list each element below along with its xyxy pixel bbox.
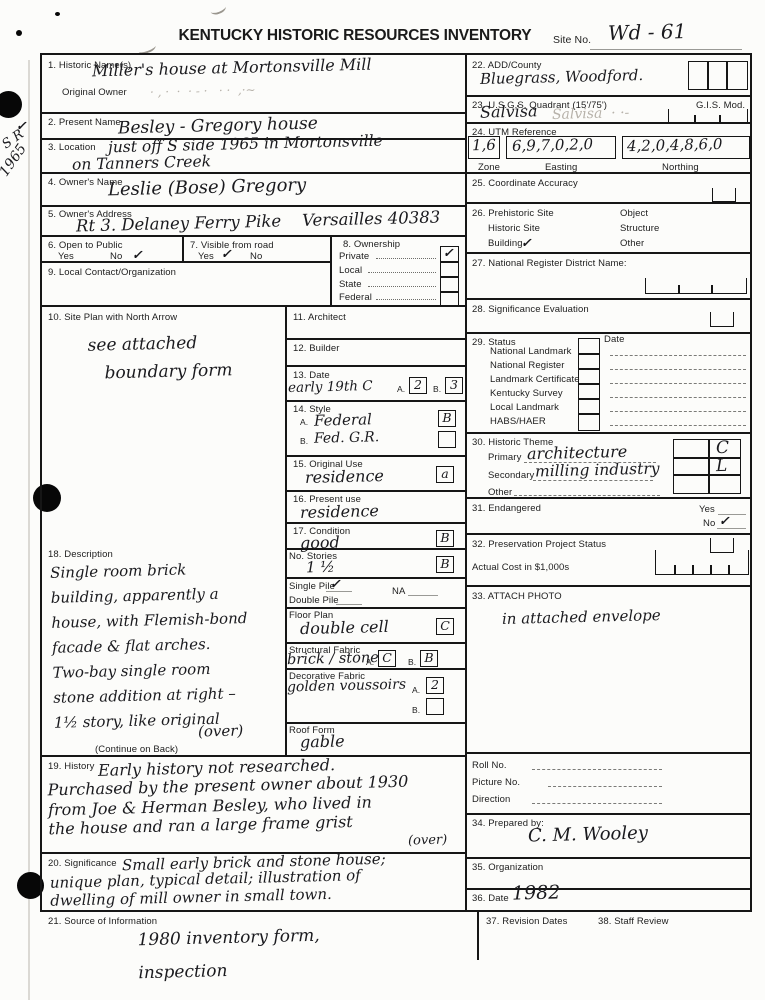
row-line — [465, 585, 752, 587]
structural-a-label: A. — [366, 657, 374, 667]
picture-no-label: Picture No. — [472, 777, 520, 788]
row-line — [465, 752, 752, 754]
secondary-theme-code: L — [716, 456, 728, 478]
field1-value: Miller's house at Mortonsville Mill — [92, 55, 372, 82]
tick — [719, 115, 721, 122]
field7-label: 7. Visible from road — [190, 240, 274, 251]
actual-cost-cellbox — [655, 550, 749, 575]
field18-over-note: (over) — [198, 721, 244, 741]
ownership-federal-label: Federal — [339, 292, 372, 303]
date-line — [610, 425, 746, 426]
field6-no-check: ✓ — [132, 247, 142, 262]
hole-punch — [33, 484, 61, 512]
row-line — [40, 910, 752, 912]
field19-value: Purchased by the present owner about 193… — [47, 772, 409, 839]
row-line — [285, 522, 465, 524]
utm-easting-value: 6,9,7,0,2,0 — [512, 135, 594, 156]
secondary-theme-value: milling industry — [535, 459, 660, 481]
structural-b-label: B. — [408, 657, 416, 667]
field20-label: 20. Significance — [48, 858, 117, 869]
row-line — [465, 857, 752, 859]
site-no-line — [590, 49, 742, 50]
row-line — [285, 668, 465, 670]
direction-label: Direction — [472, 794, 510, 805]
field25-codebox — [712, 188, 736, 202]
field27-cellbox — [645, 278, 747, 294]
field18-label: 18. Description — [48, 549, 113, 560]
floor-plan-value: double cell — [300, 617, 389, 639]
row-line — [285, 338, 465, 340]
dotted-leader — [368, 286, 436, 287]
field10-value: see attached boundary form — [87, 328, 232, 388]
row-line — [465, 172, 752, 174]
cell-line — [674, 474, 740, 476]
ownership-local-label: Local — [339, 265, 362, 276]
cell-line — [579, 383, 599, 385]
field23-value: Salvisa — [480, 101, 538, 122]
status-checkbox-column — [578, 338, 600, 431]
row-line — [285, 722, 465, 724]
status-item-label: Landmark Certificate — [490, 374, 580, 385]
field38-label: 38. Staff Review — [598, 916, 669, 927]
decorative-b-label: B. — [412, 705, 420, 715]
na-label: NA — [392, 586, 405, 597]
date-line — [610, 411, 746, 412]
theme-code-grid — [673, 439, 741, 494]
decorative-a-codebox: 2 — [426, 677, 444, 694]
field11-label: 11. Architect — [293, 312, 346, 323]
row-line — [285, 642, 465, 644]
utm-zone-value: 1,6 — [472, 136, 496, 155]
status-item-label: Kentucky Survey — [490, 388, 563, 399]
column-divider — [465, 53, 467, 910]
row-line — [465, 95, 752, 97]
cell-line — [708, 440, 710, 493]
field26-label: 26. Prehistoric Site — [472, 208, 554, 219]
field12-label: 12. Builder — [293, 343, 340, 354]
status-item-label: HABS/HAER — [490, 416, 546, 427]
field25-label: 25. Coordinate Accuracy — [472, 178, 578, 189]
field20-value: unique plan, typical detail; illustratio… — [50, 866, 362, 910]
blank-line — [336, 604, 362, 605]
row-line — [285, 577, 465, 579]
date-column-label: Date — [604, 334, 624, 345]
ownership-private-check: ✓ — [443, 245, 453, 260]
field16-value: residence — [300, 501, 379, 523]
field8-label: 8. Ownership — [343, 239, 400, 250]
blank-line — [408, 595, 438, 596]
dotted-leader — [376, 299, 436, 300]
field14-a-value: Federal — [314, 410, 372, 430]
field14-a-codebox: B — [438, 410, 456, 427]
row-line — [465, 252, 752, 254]
field13-a-label: A. — [397, 384, 405, 394]
field14-b-codebox — [438, 431, 456, 448]
roof-form-value: gable — [300, 731, 345, 752]
blank-line — [326, 591, 352, 592]
hole-punch — [0, 91, 22, 118]
row-line — [465, 497, 752, 499]
double-pile-label: Double Pile — [289, 595, 339, 606]
row-line — [40, 261, 330, 263]
object-label: Object — [620, 208, 648, 219]
field14-a-label: A. — [300, 417, 308, 427]
tick — [692, 565, 694, 574]
ownership-state-label: State — [339, 279, 362, 290]
row-line — [465, 122, 752, 124]
field7-yes-check: ✓ — [221, 246, 231, 261]
row-line — [465, 298, 752, 300]
continue-on-back-note: (Continue on Back) — [95, 744, 178, 755]
decorative-fabric-value: golden voussoirs — [287, 677, 406, 697]
blank-line — [717, 528, 746, 529]
form-title: KENTUCKY HISTORIC RESOURCES INVENTORY — [115, 27, 595, 45]
primary-theme-label: Primary — [488, 452, 521, 463]
endangered-no-label: No — [703, 518, 715, 529]
row-line — [285, 607, 465, 609]
actual-cost-label: Actual Cost in $1,000s — [472, 562, 569, 573]
original-owner-label: Original Owner — [62, 87, 127, 98]
field9-label: 9. Local Contact/Organization — [48, 267, 176, 278]
decorative-b-codebox — [426, 698, 444, 715]
field14-b-value: Fed. G.R. — [314, 429, 380, 448]
row-line — [465, 202, 752, 204]
building-check: ✓ — [521, 235, 531, 250]
page-edge-shadow — [28, 60, 30, 1000]
field28-codebox — [710, 312, 734, 327]
cell-line — [579, 413, 599, 415]
field15-value: residence — [305, 466, 384, 488]
ink-speck — [16, 30, 22, 36]
row-line — [465, 533, 752, 535]
field13-b-codebox: 3 — [445, 377, 463, 394]
field21-value: 1980 inventory form, inspection — [137, 920, 321, 990]
blank-line — [532, 769, 662, 770]
cell-line — [579, 368, 599, 370]
status-item-label: National Register — [490, 360, 565, 371]
border-right — [750, 53, 752, 912]
status-item-label: Local Landmark — [490, 402, 559, 413]
row-line — [285, 400, 465, 402]
cell-divider — [182, 235, 184, 261]
row-line — [285, 365, 465, 367]
cell-line — [441, 291, 458, 293]
field6-label: 6. Open to Public — [48, 240, 123, 251]
field22-value: Bluegrass, Woodford. — [480, 66, 644, 89]
floor-plan-codebox: C — [436, 618, 454, 635]
field22-codebox — [688, 61, 748, 90]
row-line — [40, 112, 465, 114]
endangered-no-check: ✓ — [719, 513, 729, 528]
row-line — [285, 490, 465, 492]
historic-site-label: Historic Site — [488, 223, 540, 234]
field36-label: 36. Date — [472, 893, 509, 904]
tick — [711, 285, 713, 293]
stories-value: 1 ½ — [306, 558, 335, 577]
cell-line — [579, 353, 599, 355]
row-line — [285, 548, 465, 550]
field35-label: 35. Organization — [472, 862, 543, 873]
tick — [694, 115, 696, 122]
other-site-label: Other — [620, 238, 644, 249]
field13-value: early 19th C — [288, 378, 373, 397]
roll-no-label: Roll No. — [472, 760, 507, 771]
field37-label: 37. Revision Dates — [486, 916, 568, 927]
field31-label: 31. Endangered — [472, 503, 541, 514]
row-line — [40, 205, 465, 207]
row-line — [285, 455, 465, 457]
field17-codebox: B — [436, 530, 454, 547]
field13-b-label: B. — [433, 384, 441, 394]
date-line — [610, 397, 746, 398]
field18-value: Single room brick building, apparently a… — [50, 555, 284, 736]
cell-line — [726, 62, 728, 89]
blank-line — [548, 786, 662, 787]
row-line — [40, 305, 465, 307]
blank-line — [514, 495, 660, 496]
field3-label: 3. Location — [48, 142, 96, 153]
tick — [710, 565, 712, 574]
cell-line — [674, 457, 740, 459]
gis-mod-cellbox — [668, 109, 748, 123]
row-line — [40, 172, 465, 174]
field32-label: 32. Preservation Project Status — [472, 539, 606, 550]
site-no-value: Wd - 61 — [608, 19, 687, 46]
blank-line — [533, 480, 653, 481]
ownership-private-label: Private — [339, 251, 369, 262]
stories-codebox: B — [436, 556, 454, 573]
field10-label: 10. Site Plan with North Arrow — [48, 312, 177, 323]
single-pile-check: ✓ — [330, 576, 340, 591]
site-no-label: Site No. — [553, 34, 591, 46]
utm-northing-value: 4,2,0,4,8,6,0 — [627, 135, 723, 156]
structural-a-codebox: C — [378, 650, 396, 667]
date-line — [610, 355, 746, 356]
endangered-yes-label: Yes — [699, 504, 715, 515]
cell-divider — [330, 235, 332, 305]
field13-a-codebox: 2 — [409, 377, 427, 394]
date-line — [610, 369, 746, 370]
field36-value: 1982 — [512, 881, 561, 906]
tick — [728, 565, 730, 574]
secondary-theme-label: Secondary — [488, 470, 534, 481]
row-line — [465, 888, 752, 890]
field19-over-note: (over) — [408, 833, 448, 850]
structural-b-codebox: B — [420, 650, 438, 667]
status-item-label: National Landmark — [490, 346, 571, 357]
border-left — [40, 53, 42, 910]
field19-label: 19. History — [48, 761, 95, 772]
cell-line — [707, 62, 709, 89]
cell-line — [441, 261, 458, 263]
field33-value: in attached envelope — [502, 606, 661, 629]
row-line — [465, 813, 752, 815]
field34-value: C. M. Wooley — [528, 823, 648, 848]
tick — [678, 285, 680, 293]
field2-label: 2. Present Name — [48, 117, 121, 128]
scanned-form-page: KENTUCKY HISTORIC RESOURCES INVENTORY Si… — [0, 0, 765, 1000]
row-line — [465, 432, 752, 434]
field14-b-label: B. — [300, 436, 308, 446]
field4-value: Leslie (Bose) Gregory — [108, 175, 307, 202]
tick — [674, 565, 676, 574]
row-line — [40, 235, 465, 237]
column-divider-bottom — [477, 910, 479, 960]
decorative-a-label: A. — [412, 685, 420, 695]
field15-codebox: a — [436, 466, 454, 483]
border-top — [40, 53, 752, 55]
dotted-leader — [368, 272, 436, 273]
cell-line — [579, 398, 599, 400]
building-label: Building — [488, 238, 523, 249]
dotted-leader — [376, 258, 436, 259]
field27-label: 27. National Register District Name: — [472, 258, 627, 269]
date-line — [610, 383, 746, 384]
blank-line — [532, 803, 662, 804]
ink-speck — [55, 12, 60, 16]
cell-line — [441, 276, 458, 278]
field33-label: 33. ATTACH PHOTO — [472, 591, 562, 602]
original-owner-value: · , · · · - · · · ,·~ — [150, 83, 256, 101]
field28-label: 28. Significance Evaluation — [472, 304, 589, 315]
structure-label: Structure — [620, 223, 659, 234]
pencil-mark — [209, 2, 227, 17]
